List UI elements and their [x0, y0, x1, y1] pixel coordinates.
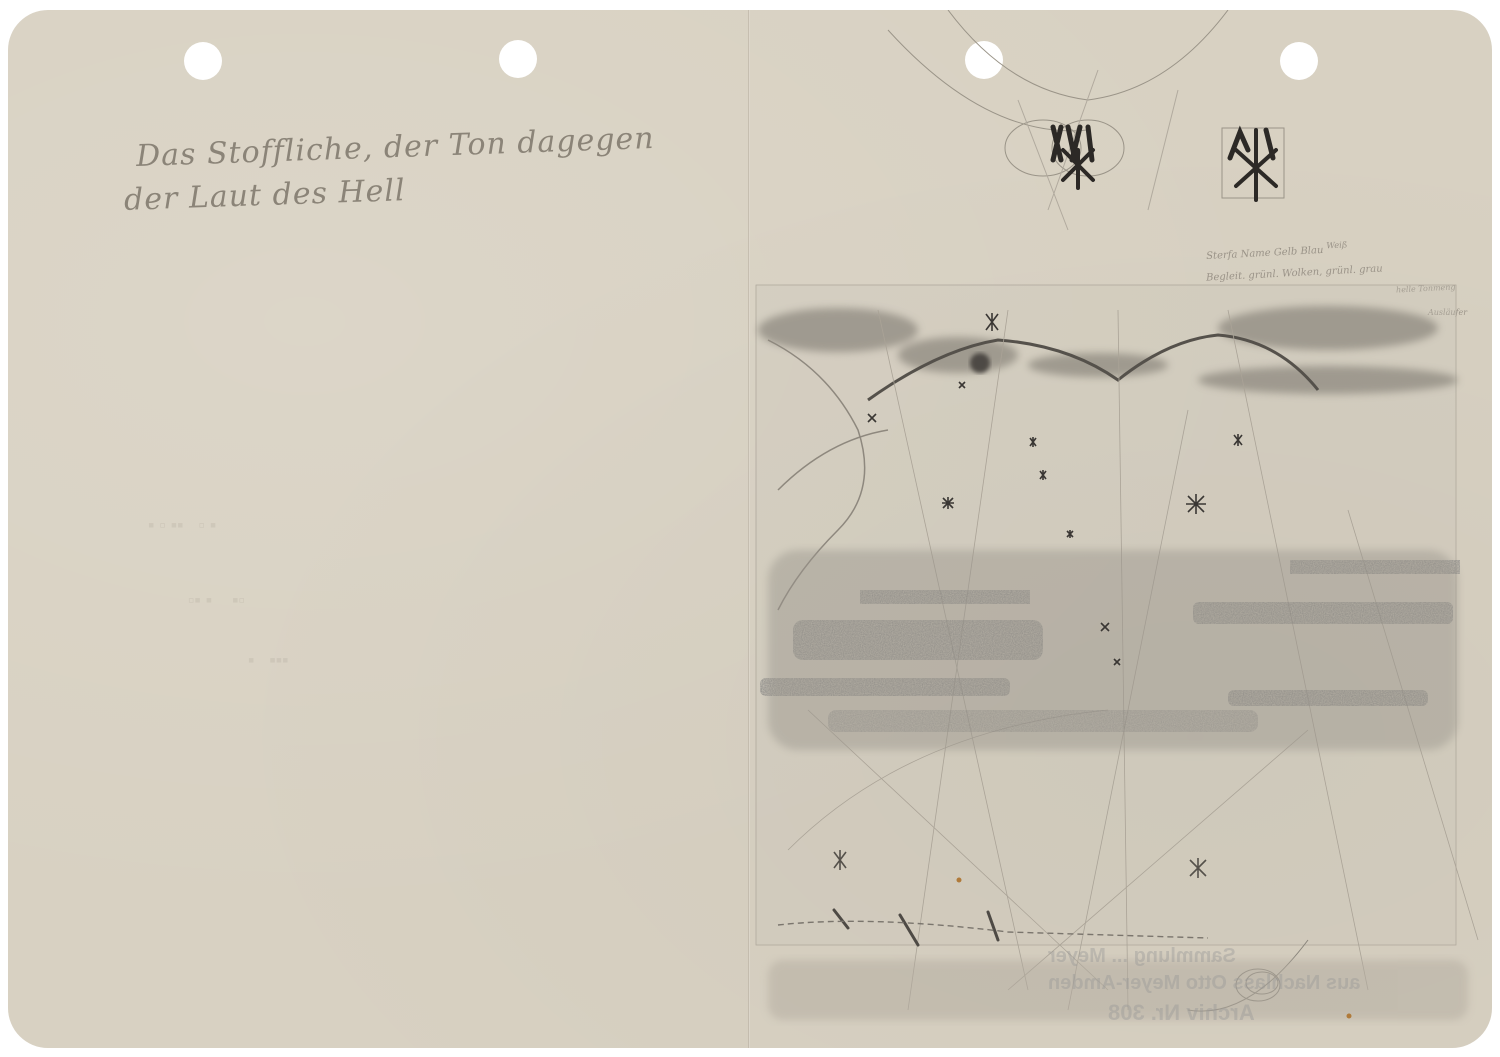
archive-stamp-line-3: Archiv Nr. 308 [1108, 1000, 1255, 1026]
sketchbook-spread: ▪ ▫ ▪▪ ▫ ▪ ▫▪ ▪ ▪▫ ▪ ▪▪▪ Das Stoffliche,… [8, 10, 1492, 1048]
archive-stamp-line-1: Sammlung ... Meyer [1048, 945, 1236, 968]
monogram-sketches [888, 10, 1284, 230]
scan-stage: ▪ ▫ ▪▪ ▫ ▪ ▫▪ ▪ ▪▫ ▪ ▪▪▪ Das Stoffliche,… [0, 0, 1500, 1057]
foxing-spot [957, 878, 962, 883]
archive-stamp-line-2: aus Nachlass Otto Meyer-Amden [1048, 972, 1360, 995]
monogram-ak [1230, 130, 1276, 200]
landscape-drawing [8, 10, 1492, 1048]
foxing-spot [1347, 1014, 1352, 1019]
